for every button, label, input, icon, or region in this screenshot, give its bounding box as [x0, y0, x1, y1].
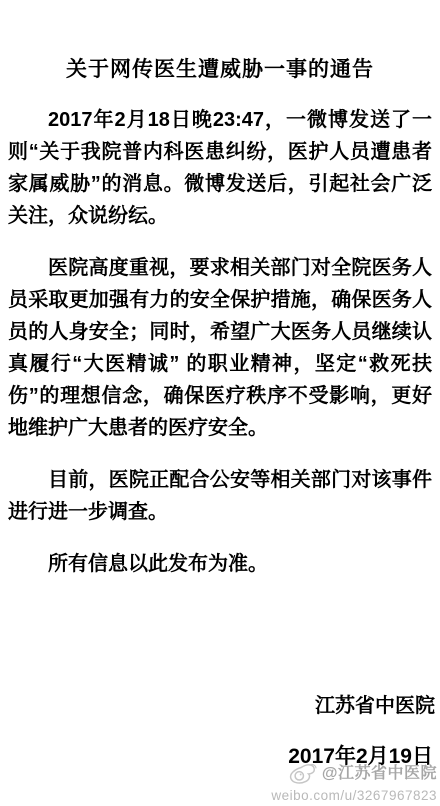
watermark-url: weibo.com/u/3267967823	[271, 787, 437, 804]
publication-date: 2017年2月19日	[0, 741, 433, 773]
notice-title: 关于网传医生遭威胁一事的通告	[8, 55, 432, 85]
notice-paragraph-2: 医院高度重视，要求相关部门对全院医务人员采取更加强有力的安全保护措施，确保医务人…	[8, 252, 432, 444]
notice-paragraph-1: 2017年2月18日晚23:47，一微博发送了一则“关于我院普内科医患纠纷，医护…	[8, 104, 432, 232]
notice-body: 2017年2月18日晚23:47，一微博发送了一则“关于我院普内科医患纠纷，医护…	[8, 104, 432, 580]
notice-paragraph-3: 目前，医院正配合公安等相关部门对该事件进行进一步调查。	[8, 464, 432, 528]
notice-paragraph-4: 所有信息以此发布为准。	[8, 548, 432, 580]
notice-page: 关于网传医生遭威胁一事的通告 2017年2月18日晚23:47，一微博发送了一则…	[0, 0, 440, 806]
issuer-signature: 江苏省中医院	[0, 690, 435, 722]
